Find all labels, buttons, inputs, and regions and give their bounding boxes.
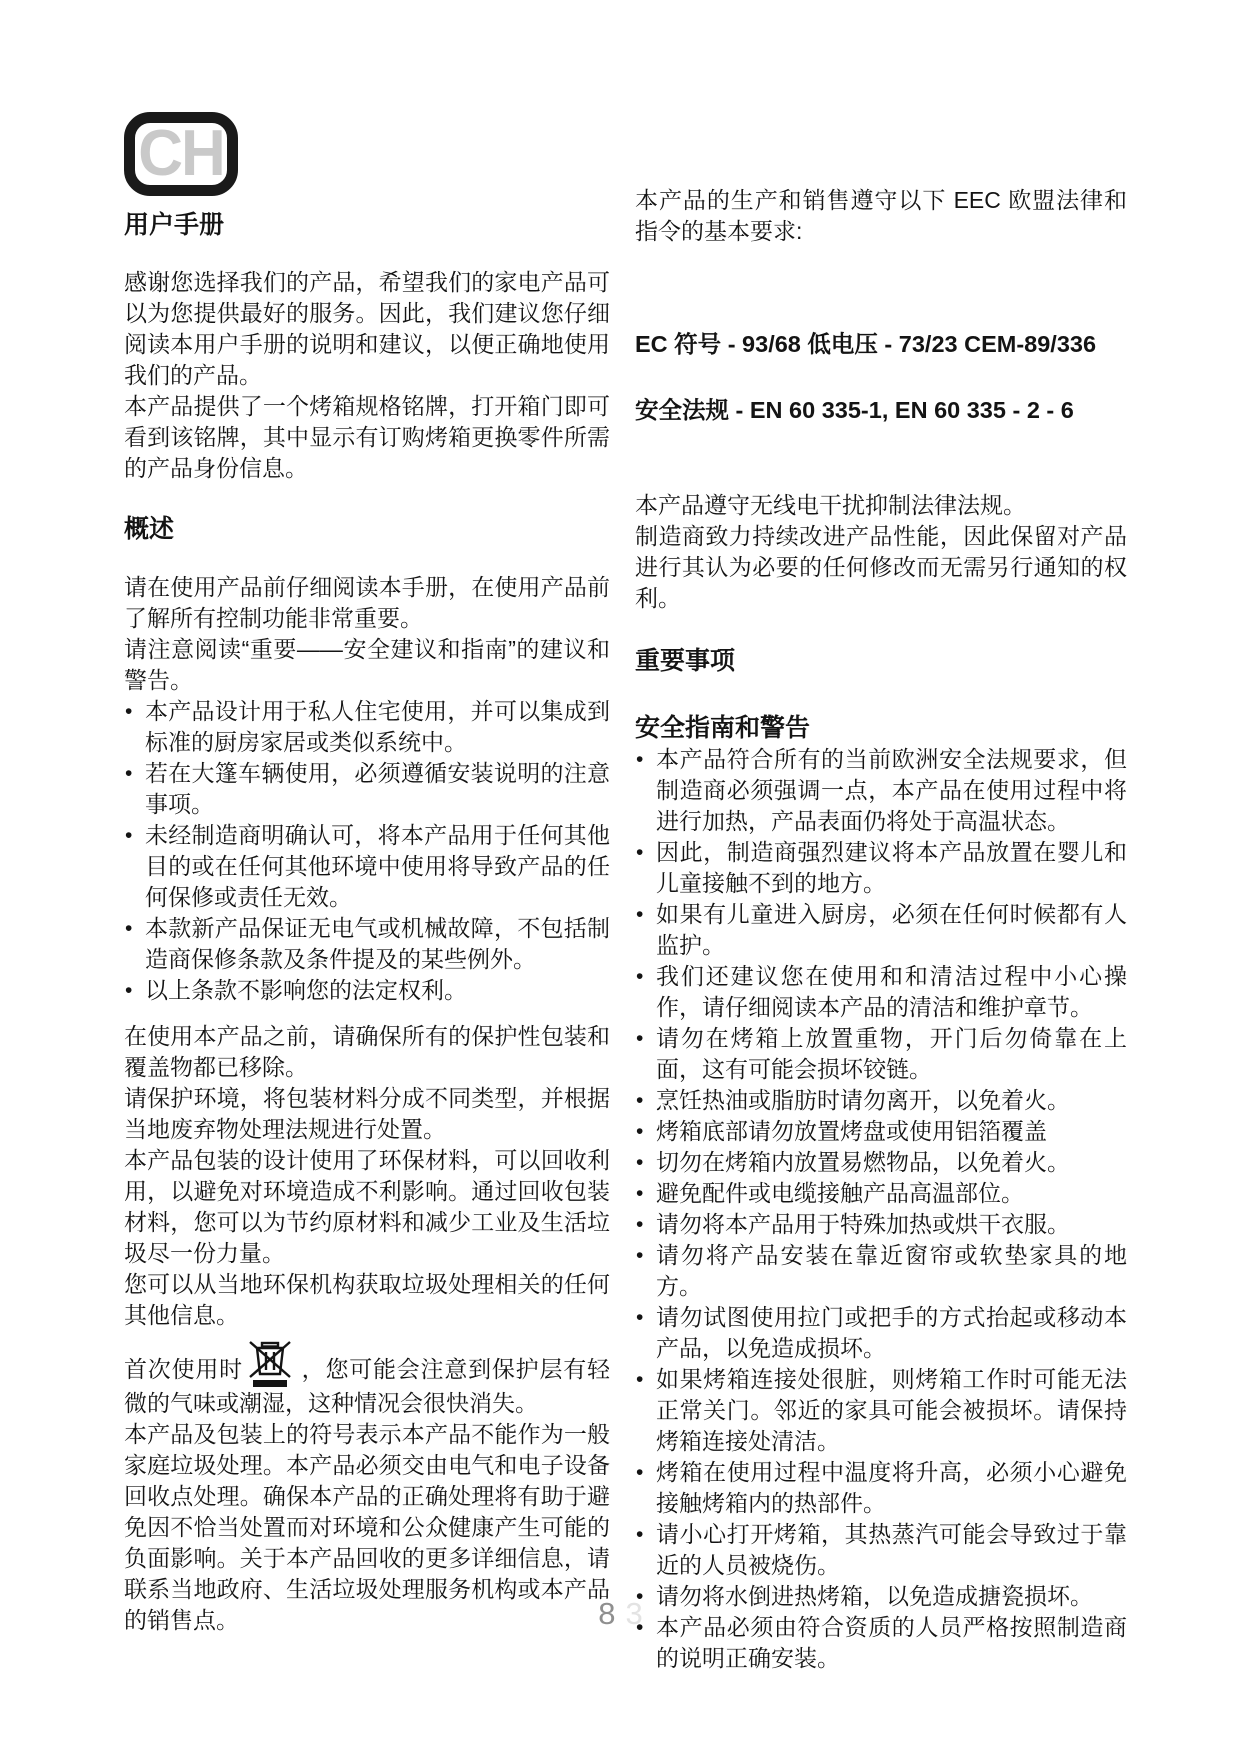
overview-intro-paragraph: 请在使用产品前仔细阅读本手册，在使用产品前了解所有控制功能非常重要。 请注意阅读… [124, 572, 610, 696]
list-item: 本产品设计用于私人住宅使用，并可以集成到标准的厨房家居或类似系统中。 [124, 696, 610, 758]
first-use-suffix: ，您可能会注意到保护层有轻微的气味或潮湿，这种情况会很快消失。 本产品及包装上的… [124, 1356, 610, 1633]
usage-conditions-list: 本产品设计用于私人住宅使用，并可以集成到标准的厨房家居或类似系统中。 若在大篷车… [124, 696, 610, 1006]
radio-interference-paragraph: 本产品遵守无线电干扰抑制法律法规。 制造商致力持续改进产品性能，因此保留对产品进… [635, 490, 1127, 614]
weee-crossed-out-bin-icon [248, 1340, 294, 1388]
right-column: 本产品的生产和销售遵守以下 EEC 欧盟法律和指令的基本要求: EC 符号 - … [635, 0, 1127, 1674]
page-title: 用户手册 [124, 205, 610, 241]
manual-page: CH 用户手册 感谢您选择我们的产品，希望我们的家电产品可以为您提供最好的服务。… [0, 0, 1241, 1754]
safety-warnings-list: 本产品符合所有的当前欧洲安全法规要求，但制造商必须强调一点，本产品在使用过程中将… [635, 744, 1127, 1457]
list-item: 请勿在烤箱上放置重物，开门后勿倚靠在上面，这有可能会损坏铰链。 [635, 1023, 1127, 1085]
list-item: 本款新产品保证无电气或机械故障，不包括制造商保修条款及条件提及的某些例外。 [124, 913, 610, 975]
list-item: 请勿将产品安装在靠近窗帘或软垫家具的地方。 [635, 1240, 1127, 1302]
list-item: 切勿在烤箱内放置易燃物品，以免着火。 [635, 1147, 1127, 1178]
safety-standard-line: 安全法规 - EN 60 335-1, EN 60 335 - 2 - 6 [635, 394, 1127, 427]
list-item: 因此，制造商强烈建议将本产品放置在婴儿和儿童接触不到的地方。 [635, 837, 1127, 899]
oven-heat-warnings-list: 烤箱在使用过程中温度将升高，必须小心避免接触烤箱内的热部件。 请小心打开烤箱，其… [635, 1457, 1127, 1674]
page-number-text: 8 [598, 1596, 615, 1631]
important-heading: 重要事项 [635, 646, 1127, 677]
list-item: 烤箱在使用过程中温度将升高，必须小心避免接触烤箱内的热部件。 [635, 1457, 1127, 1519]
list-item: 请勿试图使用拉门或把手的方式抬起或移动本产品，以免造成损坏。 [635, 1302, 1127, 1364]
list-item: 请勿将本产品用于特殊加热或烘干衣服。 [635, 1209, 1127, 1240]
environment-paragraph: 在使用本产品之前，请确保所有的保护性包装和覆盖物都已移除。 请保护环境，将包装材… [124, 1021, 610, 1331]
list-item: 避免配件或电缆接触产品高温部位。 [635, 1178, 1127, 1209]
left-column: CH 用户手册 感谢您选择我们的产品，希望我们的家电产品可以为您提供最好的服务。… [124, 0, 610, 1674]
overview-heading: 概述 [124, 514, 610, 545]
list-item: 若在大篷车辆使用，必须遵循安装说明的注意事项。 [124, 758, 610, 820]
page-number-ghost-mark: 3 [626, 1596, 643, 1631]
compliance-intro-paragraph: 本产品的生产和销售遵守以下 EEC 欧盟法律和指令的基本要求: [635, 185, 1127, 247]
ch-logo-text: CH [138, 121, 224, 186]
list-item: 如果有儿童进入厨房，必须在任何时候都有人监护。 [635, 899, 1127, 961]
list-item: 以上条款不影响您的法定权利。 [124, 975, 610, 1006]
list-item: 本产品符合所有的当前欧洲安全法规要求，但制造商必须强调一点，本产品在使用过程中将… [635, 744, 1127, 837]
safety-guide-heading: 安全指南和警告 [635, 713, 1127, 744]
first-use-paragraph: 首次使用时，您可能会注意到保护层有轻微的气味或潮湿，这种情况会很快消失。 本产品… [124, 1340, 610, 1636]
list-item: 我们还建议您在使用和和清洁过程中小心操作，请仔细阅读本产品的清洁和维护章节。 [635, 961, 1127, 1023]
list-item: 未经制造商明确认可，将本产品用于任何其他目的或在任何其他环境中使用将导致产品的任… [124, 820, 610, 913]
list-item: 烤箱底部请勿放置烤盘或使用铝箔覆盖 [635, 1116, 1127, 1147]
ec-directive-line: EC 符号 - 93/68 低电压 - 73/23 CEM-89/336 [635, 328, 1127, 361]
list-item: 烹饪热油或脂肪时请勿离开，以免着火。 [635, 1085, 1127, 1116]
first-use-prefix: 首次使用时 [124, 1356, 243, 1382]
ec-directives-block: EC 符号 - 93/68 低电压 - 73/23 CEM-89/336 安全法… [635, 295, 1127, 460]
intro-paragraph: 感谢您选择我们的产品，希望我们的家电产品可以为您提供最好的服务。因此，我们建议您… [124, 267, 610, 484]
list-item: 如果烤箱连接处很脏，则烤箱工作时可能无法正常关门。邻近的家具可能会被损坏。请保持… [635, 1364, 1127, 1457]
list-item: 请小心打开烤箱，其热蒸汽可能会导致过于靠近的人员被烧伤。 [635, 1519, 1127, 1581]
ch-country-logo: CH [124, 112, 238, 196]
page-number: 83 [0, 1598, 1241, 1629]
